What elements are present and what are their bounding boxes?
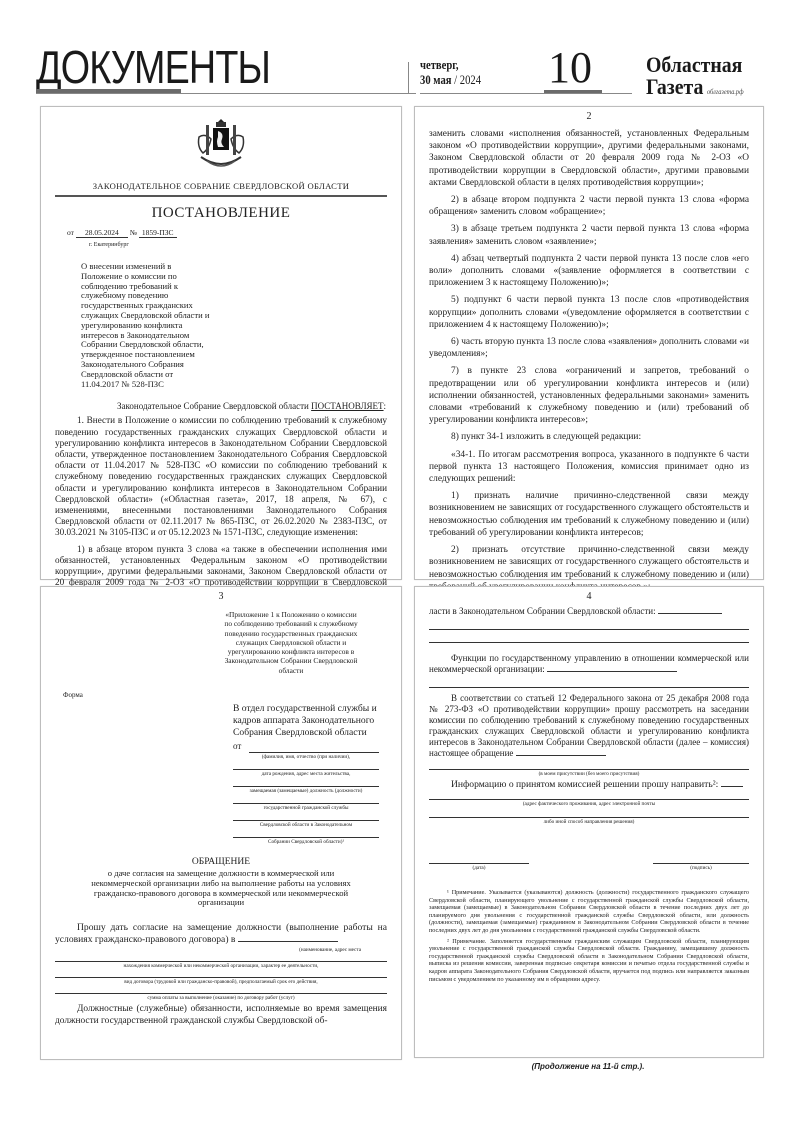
- organization-name: ЗАКОНОДАТЕЛЬНОЕ СОБРАНИЕ СВЕРДЛОВСКОЙ ОБ…: [41, 181, 401, 191]
- document-page-1: ЗАКОНОДАТЕЛЬНОЕ СОБРАНИЕ СВЕРДЛОВСКОЙ ОБ…: [40, 106, 402, 580]
- paragraph: 4) абзац четвертый подпункта 2 части пер…: [429, 253, 749, 290]
- decree-line: Законодательное Собрание Свердловской об…: [117, 401, 401, 411]
- field-caption: сумма оплаты за выполнение (оказание) по…: [55, 995, 387, 1001]
- paragraph: 7) в пункте 23 слова «ограничений и запр…: [429, 365, 749, 426]
- signature-field[interactable]: (подпись): [653, 863, 749, 871]
- footnote: ¹ Примечание. Указывается (указываются) …: [429, 889, 749, 935]
- paragraph: 1) признать наличие причинно-следственно…: [429, 490, 749, 539]
- document-number-line: от 28.05.2024 № 1859-ПЗС: [67, 228, 401, 238]
- addressee: В отдел государственной службы и кадров …: [233, 703, 383, 739]
- duties-field-line[interactable]: [429, 630, 749, 643]
- date-field[interactable]: (дата): [429, 863, 529, 871]
- footnotes: ¹ Примечание. Указывается (указываются) …: [415, 889, 763, 983]
- field-caption: Собрании Свердловской области)¹: [233, 839, 379, 845]
- functions-field[interactable]: [547, 671, 677, 672]
- info-text: Информацию о принятом комиссией решении …: [415, 779, 763, 791]
- paragraph: 6) часть вторую пункта 13 после слова «з…: [429, 336, 749, 360]
- request-text: Прошу дать согласие на замещение должнос…: [41, 922, 401, 946]
- duties-field[interactable]: [658, 613, 722, 614]
- decree-suffix: :: [384, 401, 387, 411]
- paragraph: 3) в абзаце третьем подпункта 2 части пе…: [429, 223, 749, 247]
- footnote: ² Примечание. Заполняется государственны…: [429, 938, 749, 984]
- from-label: от: [67, 228, 74, 237]
- appeal-title: ОБРАЩЕНИЕ: [41, 857, 401, 867]
- law-text: В соответствии со статьей 12 Федеральног…: [415, 693, 763, 759]
- payment-field[interactable]: [55, 985, 387, 994]
- masthead-rule-right: [420, 93, 632, 94]
- info-paragraph: Информацию о принятом комиссией решении …: [451, 779, 718, 790]
- field-caption: (в моем присутствии (без моего присутств…: [429, 771, 749, 777]
- address-field[interactable]: [429, 791, 749, 800]
- org-location-field[interactable]: [55, 953, 387, 962]
- city: г. Екатеринбург: [89, 242, 401, 248]
- decree-prefix: Законодательное Собрание Свердловской об…: [117, 401, 311, 411]
- service-field[interactable]: [233, 794, 379, 804]
- coat-of-arms-icon: [193, 117, 249, 173]
- assembly-field[interactable]: [233, 828, 379, 838]
- date-caption: (дата): [473, 865, 486, 871]
- applicant-name-field[interactable]: от: [249, 743, 379, 753]
- birth-address-field[interactable]: [233, 760, 379, 770]
- masthead-divider: [408, 62, 409, 94]
- functions-field-line[interactable]: [429, 675, 749, 688]
- site-url: облгазета.рф: [707, 88, 744, 96]
- paragraph: Должностные (служебные) обязанности, исп…: [55, 1004, 387, 1027]
- weekday: четверг,: [420, 58, 481, 73]
- method-field[interactable]: [429, 807, 749, 818]
- paragraph: 8) пункт 34-1 изложить в следующей редак…: [429, 431, 749, 443]
- lead-text: ласти в Законодательном Собрании Свердло…: [429, 606, 656, 616]
- continuation-note: (Продолжение на 11-й стр.).: [414, 1062, 762, 1071]
- signature-block: (дата) (подпись): [415, 863, 763, 871]
- organization-field[interactable]: [238, 941, 338, 942]
- page-number: 10: [548, 46, 592, 90]
- page4-lead: ласти в Законодательном Собрании Свердло…: [415, 606, 763, 617]
- date: 30 мая: [420, 73, 452, 87]
- header-rule: [55, 195, 387, 197]
- document-date: 28.05.2024: [76, 228, 128, 238]
- contract-type-field[interactable]: [55, 969, 387, 978]
- brand-line2: Газета: [646, 74, 703, 99]
- page1-body: 1. Внести в Положение о комиссии по собл…: [41, 415, 401, 599]
- document-subject: О внесении изменений в Положение о комис…: [81, 262, 211, 389]
- paragraph: «34-1. По итогам рассмотрения вопроса, у…: [429, 449, 749, 486]
- duties-field-line[interactable]: [429, 617, 749, 630]
- newspaper-logo: Областная Газетаоблгазета.рф: [646, 54, 744, 103]
- duties-text: Должностные (служебные) обязанности, исп…: [41, 1004, 401, 1027]
- form-label: Форма: [63, 691, 401, 699]
- functions-text: Функции по государственному управлению в…: [415, 653, 763, 675]
- paragraph: заменить словами «исполнения обязанносте…: [429, 128, 749, 189]
- document-page-2: 2 заменить словами «исполнения обязаннос…: [414, 106, 764, 580]
- from-label: от: [233, 741, 241, 751]
- document-page-4: 4 ласти в Законодательном Собрании Сверд…: [414, 586, 764, 1058]
- masthead-rule: [36, 93, 416, 94]
- document-page-3: 3 «Приложение 1 к Положению о комиссии п…: [40, 586, 402, 1060]
- section-title: ДОКУМЕНТЫ: [36, 44, 270, 90]
- number-label: №: [130, 228, 137, 237]
- presence-field[interactable]: [429, 759, 749, 770]
- document-type: ПОСТАНОВЛЕНИЕ: [41, 205, 401, 222]
- page-number-3: 3: [41, 591, 401, 602]
- law-paragraph: В соответствии со статьей 12 Федеральног…: [429, 693, 749, 758]
- appeal-field[interactable]: [516, 755, 606, 756]
- position-field[interactable]: [233, 777, 379, 787]
- decree-word: ПОСТАНОВЛЯЕТ: [311, 401, 383, 411]
- annex-header: «Приложение 1 к Положению о комиссии по …: [221, 610, 361, 675]
- year: / 2024: [454, 73, 481, 87]
- appeal-subtitle: о даче согласия на замещение должности в…: [81, 869, 361, 908]
- region-field[interactable]: [233, 811, 379, 821]
- page2-body: заменить словами «исполнения обязанносте…: [415, 128, 763, 610]
- paragraph: 2) в абзаце втором подпункта 2 части пер…: [429, 194, 749, 218]
- document-number: 1859-ПЗС: [139, 228, 177, 238]
- page-number-4: 4: [415, 591, 763, 602]
- signature-caption: (подпись): [690, 865, 712, 871]
- paragraph: 1. Внести в Положение о комиссии по собл…: [55, 415, 387, 538]
- info-field[interactable]: [721, 786, 743, 787]
- masthead: ДОКУМЕНТЫ четверг, 30 мая / 2024 10 Обла…: [0, 0, 800, 100]
- brand-line1: Областная: [646, 54, 744, 76]
- page-number-2: 2: [415, 111, 763, 122]
- paragraph: 5) подпункт 6 части первой пункта 13 пос…: [429, 294, 749, 331]
- issue-date: четверг, 30 мая / 2024: [420, 58, 481, 88]
- field-caption: либо иной способ направления решения): [429, 819, 749, 825]
